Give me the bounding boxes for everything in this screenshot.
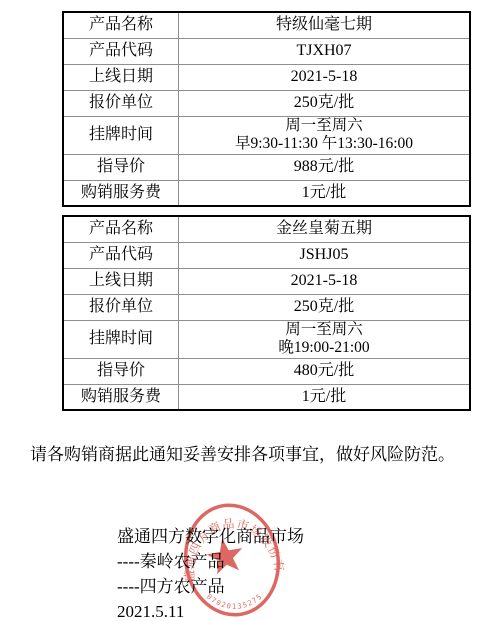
- notice-document-page: 产品名称 特级仙毫七期 产品代码 TJXH07 上线日期 2021-5-18 报…: [0, 0, 491, 621]
- row-label: 上线日期: [63, 64, 179, 90]
- signature-block: 盛通四方数字化商品市场 ----秦岭农产品 ----四方农产品 2021.5.1…: [117, 524, 304, 621]
- row-label: 挂牌时间: [63, 116, 179, 154]
- row-label: 挂牌时间: [63, 320, 179, 358]
- row-value: 2021-5-18: [179, 268, 471, 294]
- row-value: TJXH07: [179, 38, 471, 64]
- table-row: 挂牌时间 周一至周六 早9:30-11:30 午13:30-16:00: [63, 116, 470, 154]
- row-label: 报价单位: [63, 294, 179, 320]
- signature-sub-sifang: ----四方农产品: [117, 574, 304, 599]
- row-value: 480元/批: [179, 358, 471, 384]
- row-value: 金丝皇菊五期: [179, 216, 471, 242]
- row-value: 250克/批: [179, 90, 471, 116]
- table-row: 产品代码 TJXH07: [63, 38, 470, 64]
- row-value: 周一至周六 早9:30-11:30 午13:30-16:00: [179, 116, 471, 154]
- table-row: 产品名称 金丝皇菊五期: [63, 216, 470, 242]
- row-label: 指导价: [63, 154, 179, 180]
- table-row: 报价单位 250克/批: [63, 294, 470, 320]
- notice-text: 请各购销商据此通知妥善安排各项事宜，做好风险防范。: [30, 440, 470, 465]
- product-table-1: 产品名称 特级仙毫七期 产品代码 TJXH07 上线日期 2021-5-18 报…: [62, 11, 471, 207]
- table-row: 购销服务费 1元/批: [63, 180, 470, 206]
- row-label: 指导价: [63, 358, 179, 384]
- row-value: 988元/批: [179, 154, 471, 180]
- signature-org: 盛通四方数字化商品市场: [117, 524, 304, 549]
- table-row: 报价单位 250克/批: [63, 90, 470, 116]
- table-row: 上线日期 2021-5-18: [63, 64, 470, 90]
- row-value: 1元/批: [179, 180, 471, 206]
- table-row: 购销服务费 1元/批: [63, 384, 470, 410]
- table-row: 挂牌时间 周一至周六 晚19:00-21:00: [63, 320, 470, 358]
- table-row: 产品代码 JSHJ05: [63, 242, 470, 268]
- product-table-2: 产品名称 金丝皇菊五期 产品代码 JSHJ05 上线日期 2021-5-18 报…: [62, 215, 471, 411]
- table-row: 产品名称 特级仙毫七期: [63, 12, 470, 38]
- table-row: 指导价 480元/批: [63, 358, 470, 384]
- row-value: 1元/批: [179, 384, 471, 410]
- row-label: 报价单位: [63, 90, 179, 116]
- row-value: 2021-5-18: [179, 64, 471, 90]
- row-value: 250克/批: [179, 294, 471, 320]
- listing-hours: 晚19:00-21:00: [179, 339, 469, 357]
- row-label: 产品名称: [63, 216, 179, 242]
- signature-sub-qinling: ----秦岭农产品: [117, 549, 304, 574]
- signature-date: 2021.5.11: [117, 599, 304, 621]
- row-value: JSHJ05: [179, 242, 471, 268]
- listing-days: 周一至周六: [179, 321, 469, 339]
- listing-days: 周一至周六: [179, 117, 469, 135]
- row-label: 产品代码: [63, 38, 179, 64]
- row-label: 产品代码: [63, 242, 179, 268]
- row-label: 购销服务费: [63, 384, 179, 410]
- row-label: 产品名称: [63, 12, 179, 38]
- table-row: 上线日期 2021-5-18: [63, 268, 470, 294]
- row-value: 周一至周六 晚19:00-21:00: [179, 320, 471, 358]
- table-row: 指导价 988元/批: [63, 154, 470, 180]
- row-label: 购销服务费: [63, 180, 179, 206]
- listing-hours: 早9:30-11:30 午13:30-16:00: [179, 135, 469, 153]
- row-value: 特级仙毫七期: [179, 12, 471, 38]
- row-label: 上线日期: [63, 268, 179, 294]
